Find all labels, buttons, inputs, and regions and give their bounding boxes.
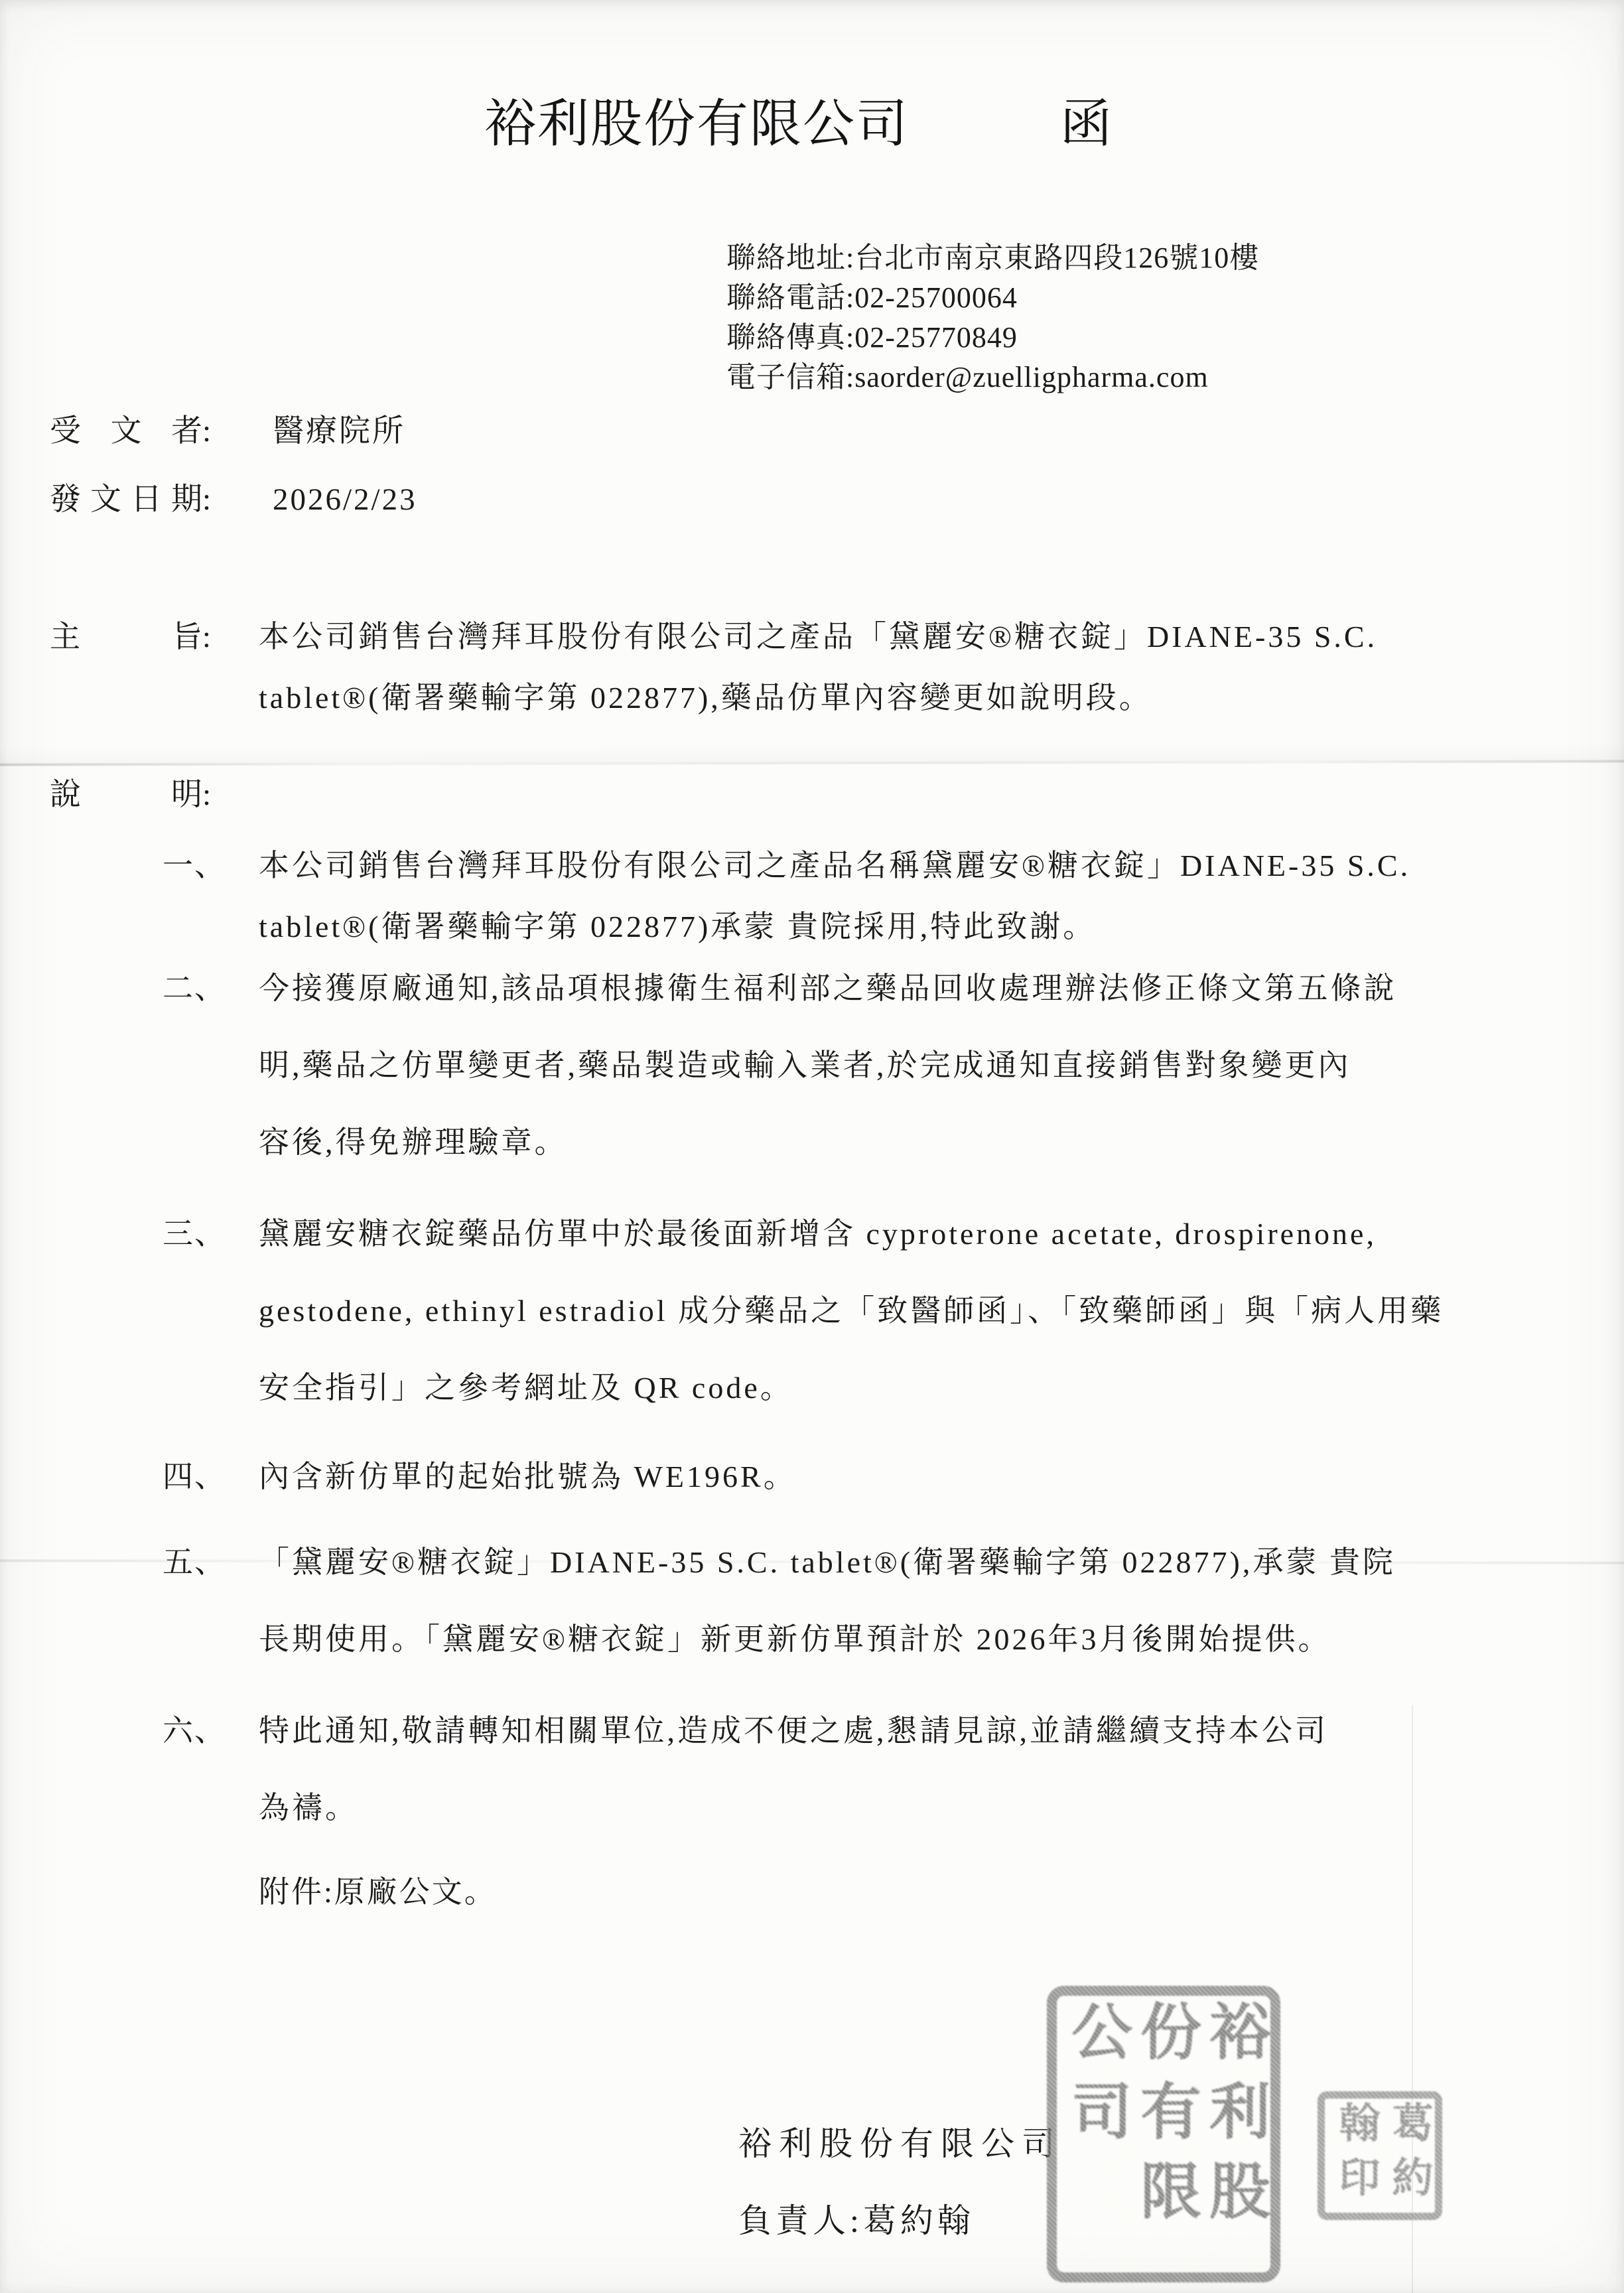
item-text: 今接獲原廠通知,該品項根據衛生福利部之藥品回收處理辦法修正條文第五條說 明,藥品… [259,950,1479,1181]
issue-date-label: 發文日期 [50,480,202,520]
recipient-label: 受文者 [50,411,202,451]
item-line: tablet®(衛署藥輸字第 022877)承蒙 貴院採用,特此致謝。 [259,896,1479,957]
subject-colon: : [202,620,211,654]
letter-title-company: 裕利股份有限公司 [484,95,909,153]
subject-label: 主旨 [50,606,202,667]
issue-date-value: 2026/2/23 [273,482,417,517]
contact-fax-row: 聯絡傳真:02-25770849 [726,318,1259,358]
item-line: 為禱。 [259,1770,1479,1846]
attachment-line: 附件:原廠公文。 [259,1872,497,1912]
contact-phone-label: 聯絡電話: [726,281,854,314]
item-line: 特此通知,敬請轉知相關單位,造成不便之處,懇請見諒,並請繼續支持本公司 [259,1693,1479,1770]
fold-crease-upper [0,760,1624,766]
item-text: 內含新仿單的起始批號為 WE196R。 [259,1438,1479,1515]
contact-address-value: 台北市南京東路四段126號10樓 [854,242,1259,274]
contact-block: 聯絡地址:台北市南京東路四段126號10樓 聯絡電話:02-25700064 聯… [726,238,1259,397]
scanned-letter-page: 裕利股份有限公司函 聯絡地址:台北市南京東路四段126號10樓 聯絡電話:02-… [0,0,1624,2293]
recipient-value: 醫療院所 [273,414,405,449]
item-line: 今接獲原廠通知,該品項根據衛生福利部之藥品回收處理辦法修正條文第五條說 [259,950,1479,1027]
subject-text: 本公司銷售台灣拜耳股份有限公司之產品「黛麗安®糖衣錠」DIANE-35 S.C.… [259,606,1479,729]
item-line: 容後,得免辦理驗章。 [259,1104,1479,1181]
contact-address-label: 聯絡地址: [726,242,854,274]
explanation-item-4: 四、 內含新仿單的起始批號為 WE196R。 [163,1438,1479,1515]
personal-seal-stamp: 葛約翰印 [1318,2091,1442,2220]
recipient-row: 受文者:醫療院所 [50,411,405,451]
explanation-item-3: 三、 黛麗安糖衣錠藥品仿單中於最後面新增含 cyproterone acetat… [163,1196,1479,1426]
contact-phone-row: 聯絡電話:02-25700064 [726,278,1259,318]
contact-fax-label: 聯絡傳真: [726,321,854,354]
subject-line: tablet®(衛署藥輸字第 022877),藥品仿單內容變更如說明段。 [259,667,1479,729]
signature-company: 裕利股份有限公司 [738,2124,1062,2164]
item-line: 黛麗安糖衣錠藥品仿單中於最後面新增含 cyproterone acetate, … [259,1196,1479,1273]
personal-seal-text: 葛約翰印 [1325,2099,1435,2213]
subject-label-row: 主旨: [50,606,211,667]
contact-email-label: 電子信箱: [726,361,854,393]
explanation-item-5: 五、 「黛麗安®糖衣錠」DIANE-35 S.C. tablet®(衛署藥輸字第… [163,1524,1479,1678]
item-line: 安全指引」之參考網址及 QR code。 [259,1350,1479,1426]
signature-person-label: 負責人: [738,2202,863,2239]
item-number: 四、 [163,1438,259,1515]
explanation-item-2: 二、 今接獲原廠通知,該品項根據衛生福利部之藥品回收處理辦法修正條文第五條說 明… [163,950,1479,1181]
letter-title: 裕利股份有限公司函 [484,91,1113,157]
contact-address-row: 聯絡地址:台北市南京東路四段126號10樓 [726,238,1259,278]
company-seal-text: 裕利股份有限公司 [1057,1996,1270,2272]
contact-fax-value: 02-25770849 [854,321,1018,354]
item-line: 「黛麗安®糖衣錠」DIANE-35 S.C. tablet®(衛署藥輸字第 02… [259,1524,1479,1601]
item-text: 本公司銷售台灣拜耳股份有限公司之產品名稱黛麗安®糖衣錠」DIANE-35 S.C… [259,835,1479,957]
letter-doc-type: 函 [1060,95,1113,153]
item-number: 五、 [163,1524,259,1601]
item-line: gestodene, ethinyl estradiol 成分藥品之「致醫師函」… [259,1273,1479,1350]
explanation-item-1: 一、 本公司銷售台灣拜耳股份有限公司之產品名稱黛麗安®糖衣錠」DIANE-35 … [163,835,1479,957]
item-text: 黛麗安糖衣錠藥品仿單中於最後面新增含 cyproterone acetate, … [259,1196,1479,1426]
item-number: 六、 [163,1693,259,1770]
issue-date-colon: : [202,480,238,520]
item-number: 二、 [163,950,259,1027]
explanation-colon: : [202,778,211,812]
item-text: 特此通知,敬請轉知相關單位,造成不便之處,懇請見諒,並請繼續支持本公司 為禱。 [259,1693,1479,1846]
subject-line: 本公司銷售台灣拜耳股份有限公司之產品「黛麗安®糖衣錠」DIANE-35 S.C. [259,606,1479,667]
signature-person-value: 葛約翰 [863,2202,975,2239]
item-number: 一、 [163,835,259,896]
item-line: 本公司銷售台灣拜耳股份有限公司之產品名稱黛麗安®糖衣錠」DIANE-35 S.C… [259,835,1479,896]
item-line: 明,藥品之仿單變更者,藥品製造或輸入業者,於完成通知直接銷售對象變更內 [259,1027,1479,1104]
signature-person-row: 負責人:葛約翰 [738,2201,975,2241]
explanation-item-6: 六、 特此通知,敬請轉知相關單位,造成不便之處,懇請見諒,並請繼續支持本公司 為… [163,1693,1479,1846]
contact-email-value: saorder@zuelligpharma.com [854,361,1208,393]
explanation-label: 說明 [50,775,202,815]
contact-email-row: 電子信箱:saorder@zuelligpharma.com [726,358,1259,397]
item-number: 三、 [163,1196,259,1273]
explanation-label-row: 說明: [50,775,211,815]
contact-phone-value: 02-25700064 [854,281,1018,314]
recipient-colon: : [202,411,238,451]
item-text: 「黛麗安®糖衣錠」DIANE-35 S.C. tablet®(衛署藥輸字第 02… [259,1524,1479,1678]
issue-date-row: 發文日期:2026/2/23 [50,480,417,520]
company-seal-stamp: 裕利股份有限公司 [1047,1986,1280,2282]
item-line: 長期使用。「黛麗安®糖衣錠」新更新仿單預計於 2026年3月後開始提供。 [259,1601,1479,1678]
item-line: 內含新仿單的起始批號為 WE196R。 [259,1438,1479,1515]
